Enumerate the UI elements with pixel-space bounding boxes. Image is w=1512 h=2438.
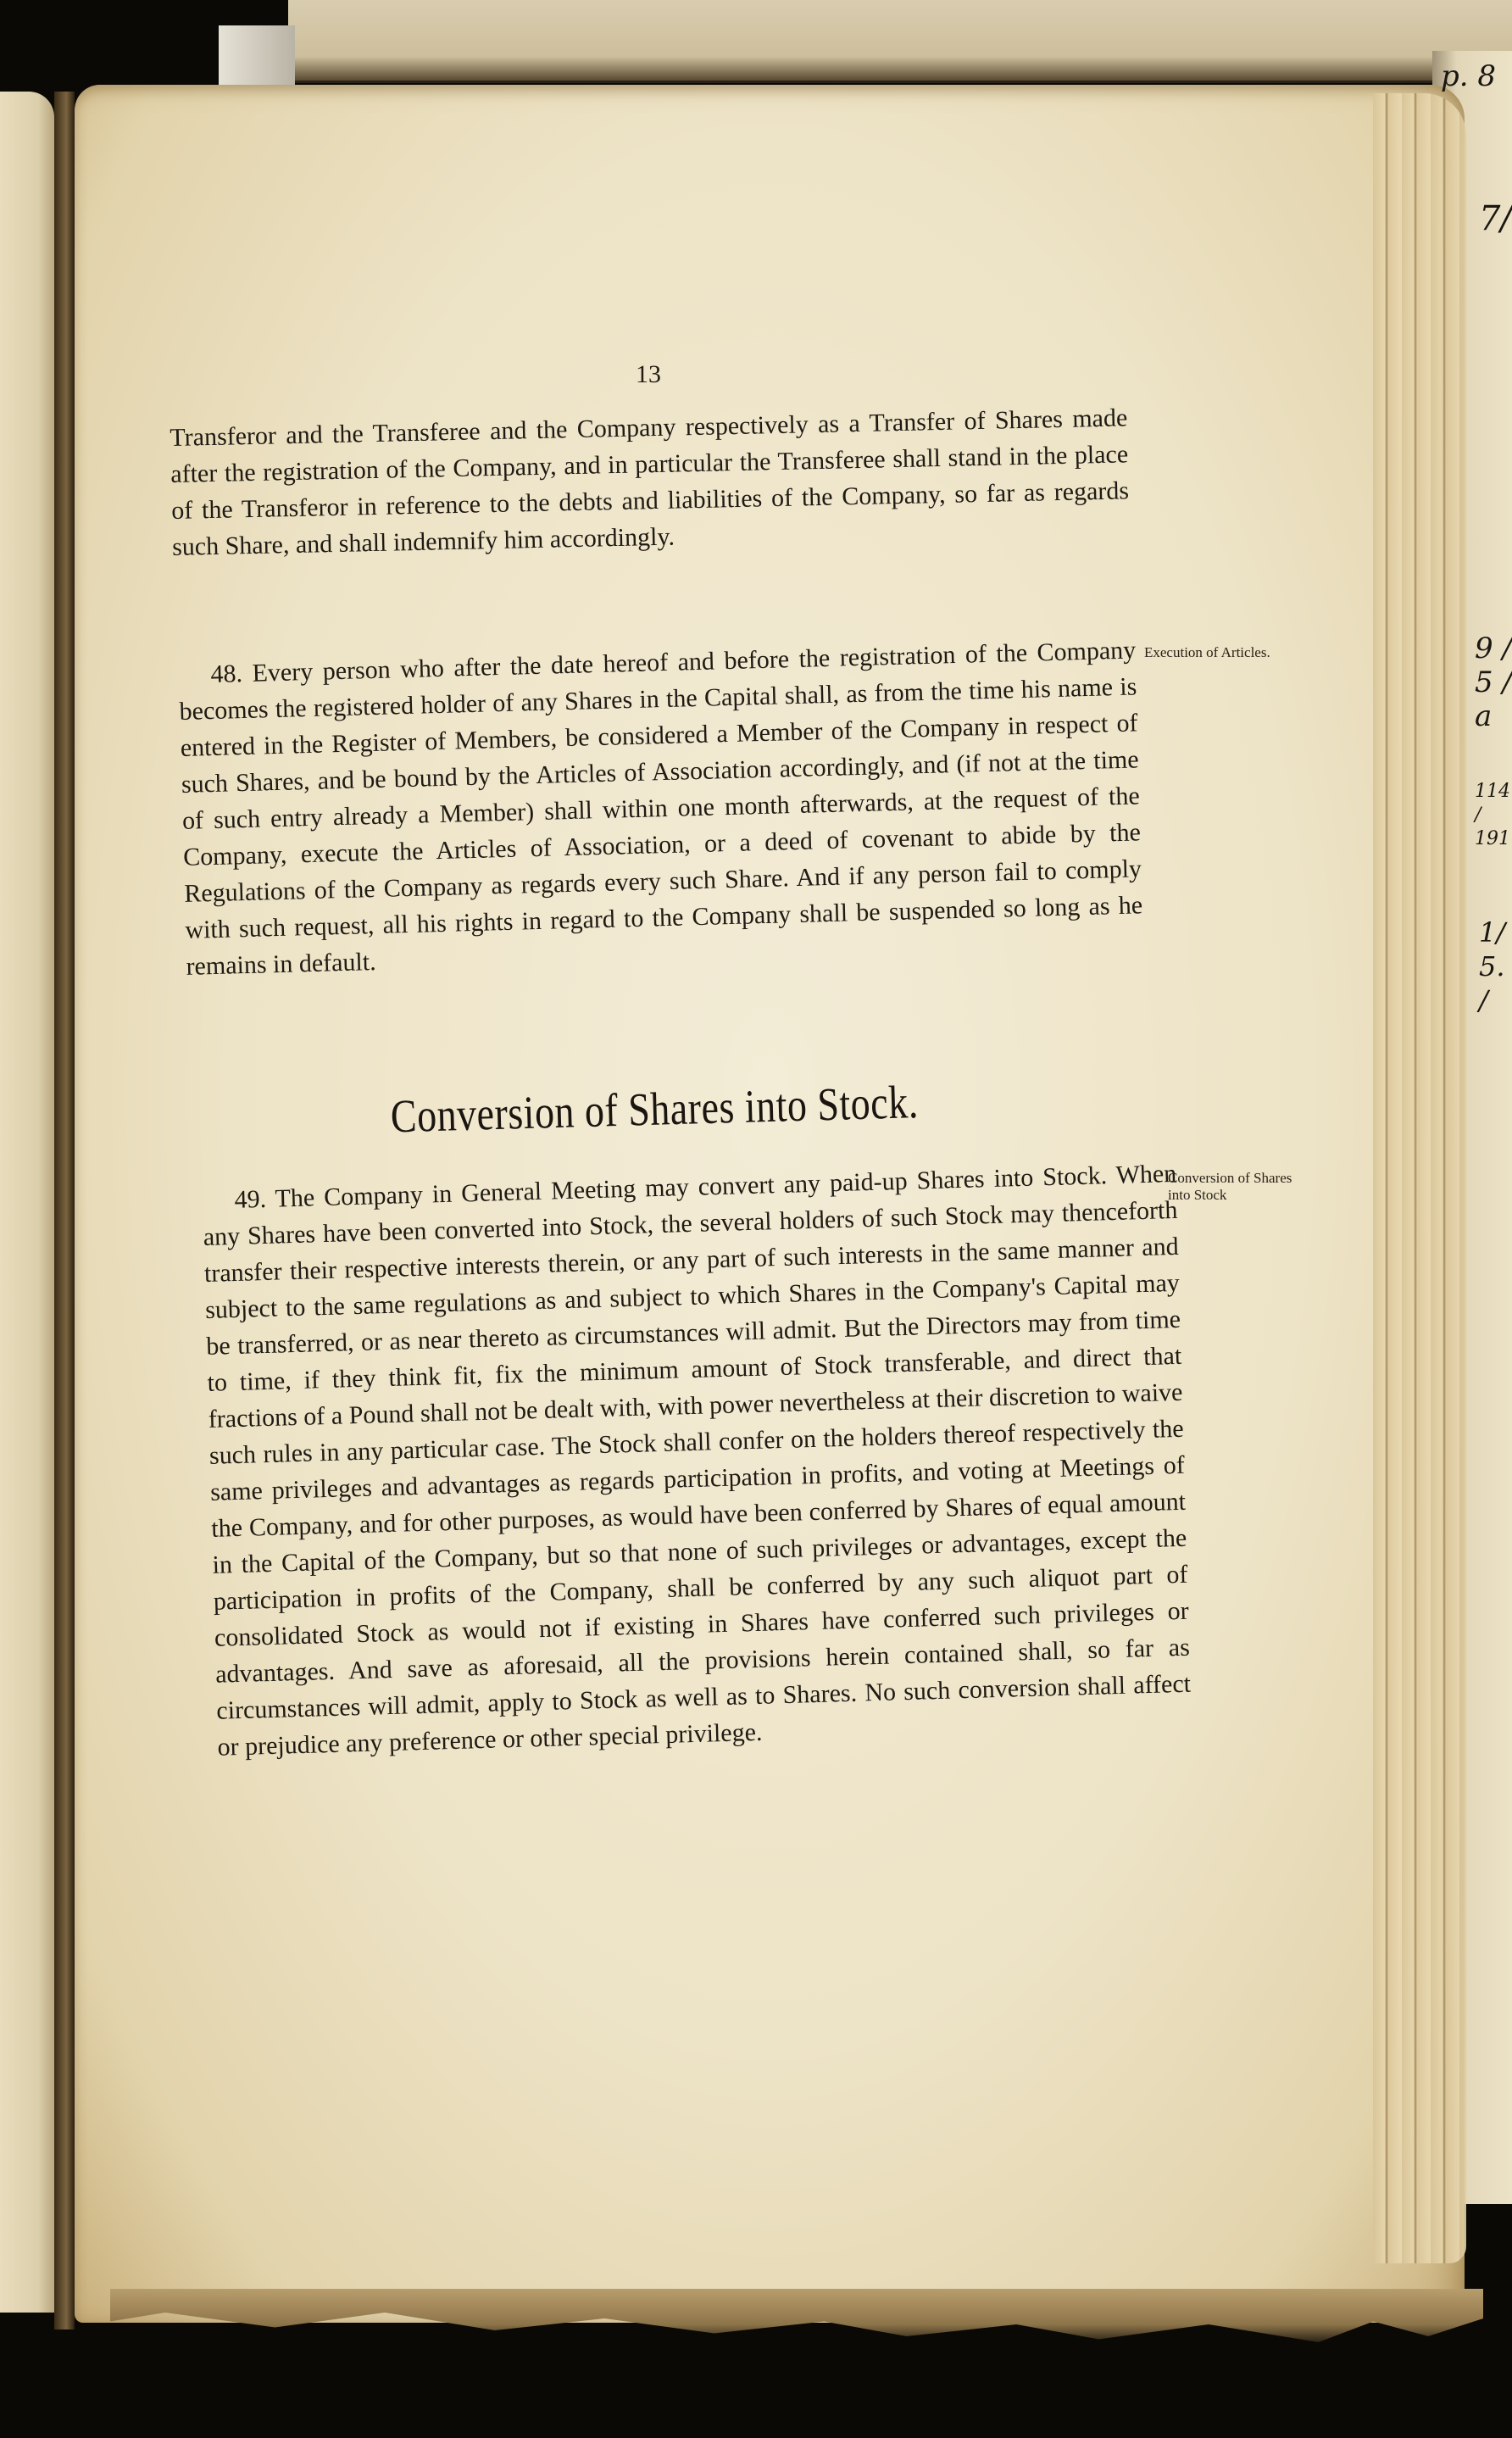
handwritten-annotation-side-2: 9 / 5 / a <box>1475 632 1512 733</box>
section-48-number: 48. <box>210 660 242 688</box>
section-48-text: Every person who after the date hereof a… <box>179 636 1142 980</box>
handwritten-annotation-side-1: 7/ <box>1479 199 1512 238</box>
section-49-text: The Company in General Meeting may conve… <box>203 1160 1191 1762</box>
stacked-page-edges <box>1373 93 1466 2263</box>
marginal-note-49: Conversion of Shares into Stock <box>1168 1170 1295 1204</box>
handwritten-annotation-top: p. 8 <box>1441 59 1496 93</box>
marginal-note-48: Execution of Articles. <box>1144 644 1271 661</box>
continuation-text: Transferor and the Transferee and the Co… <box>170 399 1130 565</box>
page-number: 13 <box>636 360 661 389</box>
torn-bottom-edge <box>110 2289 1483 2348</box>
handwritten-annotation-side-4: 1/ 5. / <box>1479 916 1512 1017</box>
handwritten-annotation-side-3: 114 / 191 <box>1475 780 1512 851</box>
book-gutter <box>54 92 75 2329</box>
section-48: 48. Every person who after the date here… <box>178 632 1144 984</box>
section-49: 49. The Company in General Meeting may c… <box>202 1155 1192 1766</box>
section-48-body: 48. Every person who after the date here… <box>178 632 1144 984</box>
continuation-paragraph: Transferor and the Transferee and the Co… <box>170 399 1130 565</box>
underlying-document-top <box>288 0 1512 83</box>
section-49-body: 49. The Company in General Meeting may c… <box>202 1155 1192 1766</box>
left-facing-page-edge <box>0 92 54 2313</box>
section-49-number: 49. <box>234 1185 266 1214</box>
backdrop-card-scrap <box>219 25 295 85</box>
